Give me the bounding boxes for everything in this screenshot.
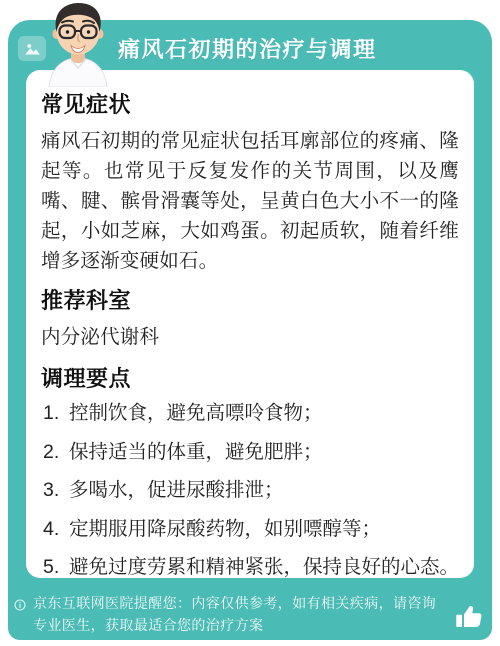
list-item: 控制饮食，避免高嘌呤食物； (41, 400, 459, 426)
list-item: 多喝水，促进尿酸排泄； (41, 477, 459, 503)
content-card: 常见症状 痛风石初期的常见症状包括耳廓部位的疼痛、隆起等。也常见于反复发作的关节… (26, 70, 474, 578)
care-points-list: 控制饮食，避免高嘌呤食物； 保持适当的体重，避免肥胖； 多喝水，促进尿酸排泄； … (41, 400, 459, 578)
section-heading-care-points: 调理要点 (41, 362, 459, 393)
section-heading-symptoms: 常见症状 (41, 88, 459, 119)
list-item: 避免过度劳累和精神紧张，保持良好的心态。 (41, 554, 459, 578)
teal-panel: 痛风石初期的治疗与调理 常见症状 痛风石初期的常见症状包括耳廓部位的疼痛、隆起等… (8, 20, 492, 640)
disclaimer-text: 京东互联网医院提醒您：内容仅供参考，如有相关疾病，请咨询专业医生，获取最适合您的… (33, 592, 447, 636)
list-item: 定期服用降尿酸药物，如别嘌醇等； (41, 516, 459, 542)
page-title: 痛风石初期的治疗与调理 (118, 33, 377, 64)
section-heading-department: 推荐科室 (41, 284, 459, 315)
section-body-department: 内分泌代谢科 (41, 322, 459, 352)
section-body-symptoms: 痛风石初期的常见症状包括耳廓部位的疼痛、隆起等。也常见于反复发作的关节周围，以及… (41, 126, 459, 276)
footer-disclaimer-bar: 京东互联网医院提醒您：内容仅供参考，如有相关疾病，请咨询专业医生，获取最适合您的… (12, 592, 486, 636)
info-icon (14, 599, 26, 611)
thumbs-up-button[interactable] (454, 602, 484, 632)
thumbs-up-icon (454, 602, 484, 632)
list-item: 保持适当的体重，避免肥胖； (41, 439, 459, 465)
doctor-avatar (38, 1, 118, 87)
